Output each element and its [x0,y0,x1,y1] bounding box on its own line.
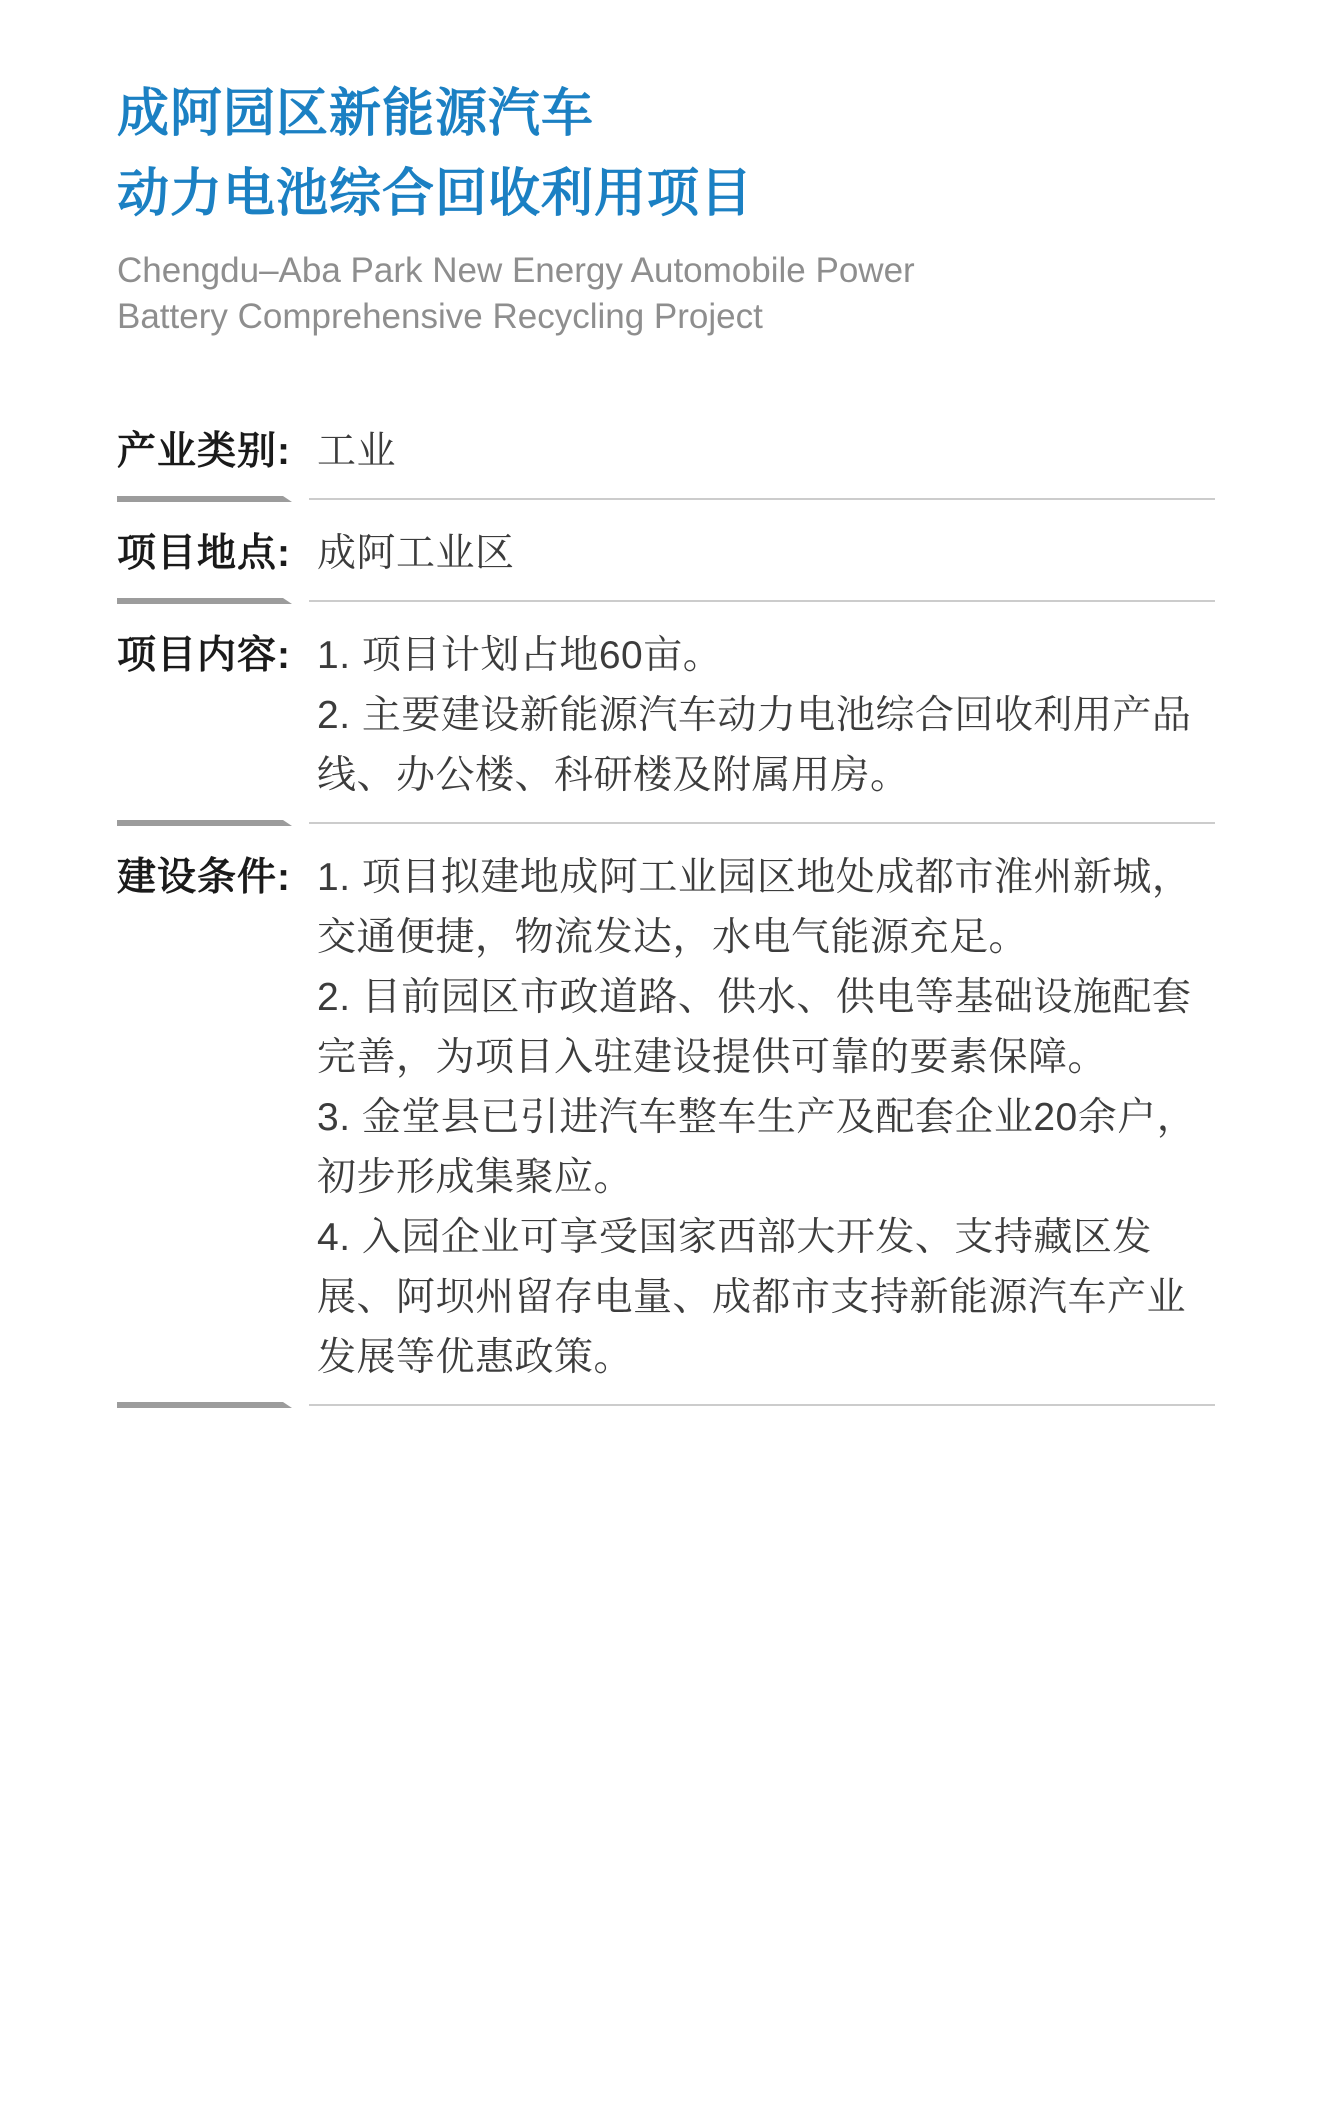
row-label: 产业类别: [117,422,317,482]
row-value: 工业 [317,422,1215,482]
row-industry-category: 产业类别: 工业 [117,400,1215,482]
divider-line [309,1404,1215,1406]
row-project-location: 项目地点: 成阿工业区 [117,502,1215,584]
document-page: 成阿园区新能源汽车 动力电池综合回收利用项目 Chengdu–Aba Park … [0,0,1334,2102]
project-title-cn: 成阿园区新能源汽车 动力电池综合回收利用项目 [117,74,1215,234]
row-label: 项目地点: [117,524,317,584]
row-construction-conditions: 建设条件: 1. 项目拟建地成阿工业园区地处成都市淮州新城， 交通便捷，物流发达… [117,826,1215,1388]
row-value: 成阿工业区 [317,524,1215,584]
divider-bar [117,598,292,604]
row-label: 建设条件: [117,848,317,1388]
project-spec-table: 产业类别: 工业 项目地点: 成阿工业区 项目内容: 1. 项目计划占地60亩。… [117,400,1215,1408]
divider-bar [117,1402,292,1408]
row-label: 项目内容: [117,626,317,806]
page-content: 成阿园区新能源汽车 动力电池综合回收利用项目 Chengdu–Aba Park … [117,0,1215,1408]
row-project-content: 项目内容: 1. 项目计划占地60亩。 2. 主要建设新能源汽车动力电池综合回收… [117,604,1215,806]
divider-line [309,822,1215,824]
divider-bar [117,496,292,502]
divider-line [309,600,1215,602]
row-divider [117,1402,1215,1408]
project-title-en: Chengdu–Aba Park New Energy Automobile P… [117,248,1215,340]
row-value: 1. 项目拟建地成阿工业园区地处成都市淮州新城， 交通便捷，物流发达，水电气能源… [317,848,1215,1388]
divider-bar [117,820,292,826]
row-value: 1. 项目计划占地60亩。 2. 主要建设新能源汽车动力电池综合回收利用产品 线… [317,626,1215,806]
divider-line [309,498,1215,500]
